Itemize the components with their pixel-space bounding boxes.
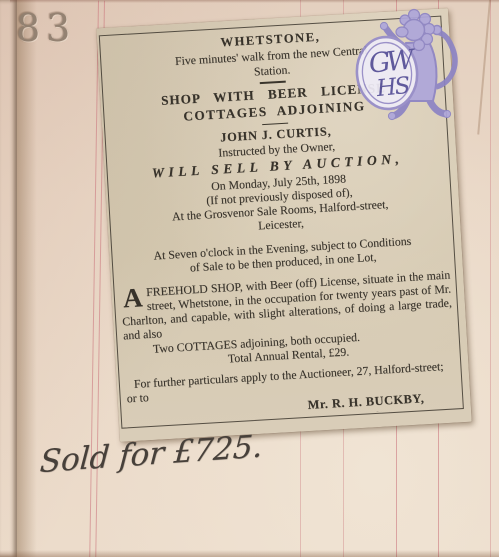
scrapbook-page-scan: 83 WHETSTONE, Five minutes' walk from th… (0, 0, 499, 557)
ruled-line (490, 0, 491, 557)
binding-shadow (17, 0, 39, 557)
separator-rule (262, 122, 288, 125)
drop-cap: A (122, 286, 143, 310)
separator-rule (260, 81, 286, 84)
page-top-edge (10, 0, 499, 3)
page-number: 83 (16, 6, 76, 50)
gwhs-stamp: GW HS (350, 5, 470, 121)
page-bottom-edge (0, 550, 499, 557)
stamp-letters-hs: HS (374, 73, 411, 102)
page-crease (477, 0, 491, 135)
book-binding-edge (0, 0, 17, 557)
